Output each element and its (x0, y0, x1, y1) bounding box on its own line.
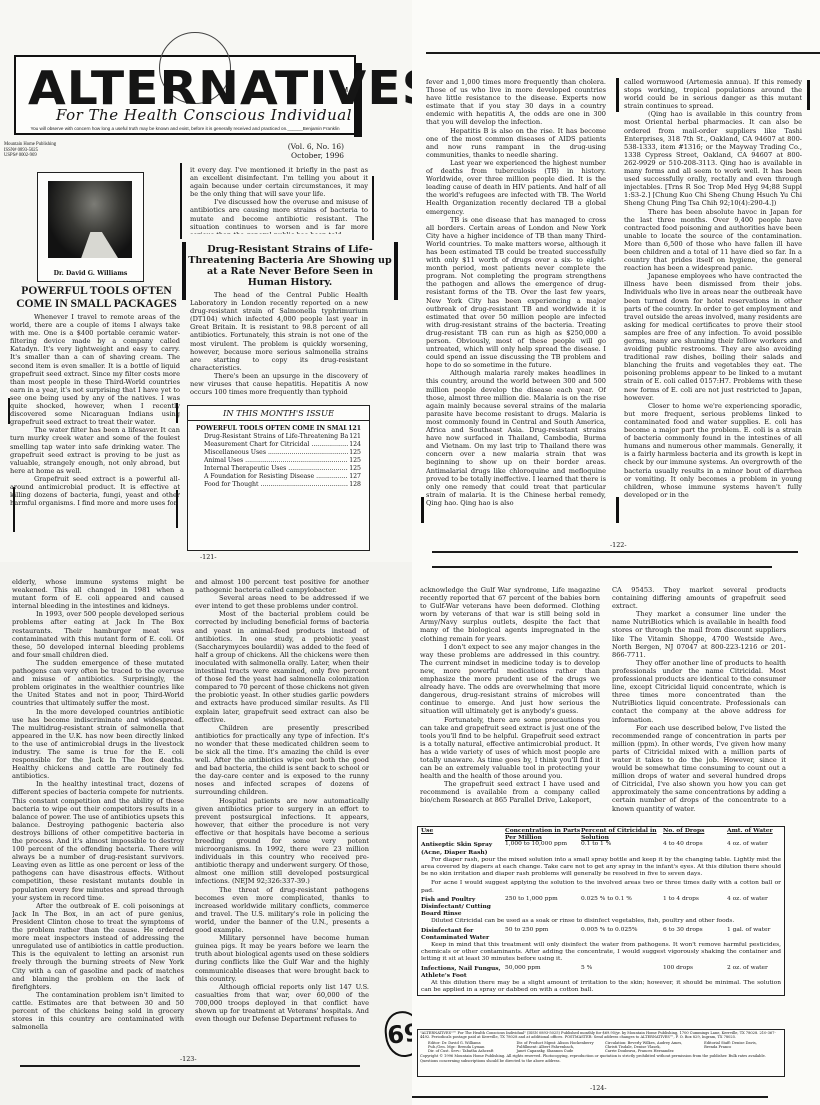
colophon-text: "ALTERNATIVES"™ For The Health Conscious… (420, 1031, 782, 1040)
paragraph: I don't expect to see any major changes … (420, 643, 600, 716)
masthead-shadow-bottom (22, 133, 358, 135)
top-rule (426, 52, 820, 54)
toc-title: IN THIS MONTH'S ISSUE (188, 406, 369, 421)
margin-bar (421, 497, 424, 523)
paragraph: The water filter has been a lifesaver. I… (10, 426, 180, 475)
table-note: At this dilution there may be a slight a… (418, 979, 784, 995)
usps: USPS# 0002-969 (4, 153, 56, 159)
page-122: fever and 1,000 times more frequently th… (412, 0, 820, 562)
margin-bar (176, 403, 178, 423)
paragraph: There's been an upsurge in the discovery… (190, 372, 368, 396)
column-121-left: Whenever I travel to remote areas of the… (10, 313, 180, 553)
column-124-right: CA 95453. They market several products c… (612, 586, 786, 826)
toc-item[interactable]: Food for Thought128 (196, 481, 361, 489)
paragraph: Fortunately, there are some precautions … (420, 716, 600, 781)
margin-bar (13, 487, 15, 532)
column-header: Use (421, 827, 505, 841)
paragraph: CA 95453. They market several products c… (612, 586, 786, 610)
paragraph: The grapefruit seed extract I have used … (420, 780, 600, 804)
newsletter-tagline: For The Health Conscious Individual (56, 106, 352, 124)
paragraph: In 1993, over 500 people developed serio… (12, 610, 184, 659)
paragraph: Whenever I travel to remote areas of the… (10, 313, 180, 426)
paragraph: Closer to home we're experiencing sporad… (624, 402, 802, 499)
photo-caption: Dr. David G. Williams (38, 270, 143, 277)
paragraph: fever and 1,000 times more frequently th… (426, 78, 606, 127)
staff-group: Editor: Dr. David G. Williams Pub./Gen. … (428, 1041, 517, 1054)
column-header: Concentration in Parts Per Million (505, 827, 581, 841)
table-row: Infections, Nail Fungus, Athlete's Foot … (418, 965, 784, 979)
paragraph: Children are presently prescribed antibi… (195, 724, 369, 797)
staff-group: Dir. of Product Mgmt: Alison Hockenberry… (517, 1041, 606, 1054)
margin-bar (616, 497, 619, 523)
paragraph: Last year we experienced the highest num… (426, 159, 606, 216)
column-123-right: and almost 100 percent test positive for… (195, 578, 369, 1055)
staff-list: Editor: Dr. David G. Williams Pub./Gen. … (428, 1041, 782, 1054)
table-row: Fish and Poultry Disinfectant/ Cutting B… (418, 896, 784, 918)
toc-item[interactable]: Measurement Chart for Citricidal124 (196, 441, 361, 449)
toc-list: POWERFUL TOOLS OFTEN COME IN SMALL PACKA… (188, 421, 369, 493)
paragraph: The sudden emergence of these mutated pa… (12, 659, 184, 708)
column-122-right: called wormwood (Artemesia annua). If th… (624, 78, 802, 508)
page-121: ALTERNATIVES TM For The Health Conscious… (0, 0, 412, 562)
colophon: "ALTERNATIVES"™ For The Health Conscious… (417, 1029, 785, 1077)
paragraph: (Qing hao is available in this country f… (624, 110, 802, 207)
paragraph: The head of the Central Public Health La… (190, 291, 368, 372)
paragraph: Hospital patients are now automatically … (195, 797, 369, 886)
page-123: elderly, whose immune systems might be w… (0, 562, 412, 1105)
column-header: Percent of Citricidal in Solution (581, 827, 663, 841)
issue-info: (Vol. 6, No. 16) October, 1996 (288, 143, 344, 161)
trademark: TM (338, 87, 348, 94)
paragraph: Although official reports only list 147 … (195, 983, 369, 1023)
table-of-contents: IN THIS MONTH'S ISSUE POWERFUL TOOLS OFT… (187, 405, 370, 551)
margin-bar (807, 80, 810, 110)
column-header: Amt. of Water (727, 827, 789, 841)
table-row: Antiseptic Skin Spray (Acne, Diaper Rash… (418, 841, 784, 855)
author-photo (48, 181, 132, 258)
top-rule (432, 566, 772, 568)
copyright: Copyright © 1996 Mountain Home Publishin… (420, 1054, 782, 1063)
paragraph: acknowledge the Gulf War syndrome, Life … (420, 586, 600, 643)
citricidal-measurement-table: Use Concentration in Parts Per Million P… (417, 826, 785, 996)
toc-item[interactable]: Drug-Resistant Strains of Life-Threateni… (196, 433, 361, 441)
paragraph: it every day. I've mentioned it briefly … (190, 166, 368, 198)
page-number: -122- (610, 541, 627, 549)
paragraph: Grapefruit seed extract is a powerful al… (10, 475, 180, 507)
paragraph: Several areas need to be addressed if we… (195, 594, 369, 610)
paragraph: Hepatitis B is also on the rise. It has … (426, 127, 606, 159)
paragraph: In the healthy intestinal tract, dozens … (12, 780, 184, 901)
paragraph: Japanese employees who have contracted t… (624, 272, 802, 402)
paragraph: For each use described below, I've liste… (612, 724, 786, 813)
column-124-left: acknowledge the Gulf War syndrome, Life … (420, 586, 600, 826)
page-124: acknowledge the Gulf War syndrome, Life … (412, 562, 820, 1105)
table-row: Disinfectant for Contaminated Water 50 t… (418, 927, 784, 941)
column-123-left: elderly, whose immune systems might be w… (12, 578, 184, 1055)
paragraph: The contamination problem isn't limited … (12, 991, 184, 1031)
page-number: -124- (590, 1084, 607, 1092)
page-number: -123- (180, 1055, 197, 1063)
toc-item[interactable]: A Foundation for Resisting Disease127 (196, 473, 361, 481)
bottom-rule (20, 1065, 360, 1067)
franklin-quote: You will observe with concern how long a… (16, 126, 354, 131)
bottom-rule (412, 1096, 768, 1098)
publisher: Mountain Home Publishing (4, 142, 56, 148)
paragraph: There has been absolute havoc in Japan f… (624, 208, 802, 273)
margin-bar (616, 78, 619, 112)
paragraph: Most of the bacterial problem could be c… (195, 610, 369, 723)
margin-bar (176, 490, 178, 528)
paragraph: elderly, whose immune systems might be w… (12, 578, 184, 610)
publisher-info: Mountain Home Publishing ISSN# 0893-5025… (4, 142, 56, 159)
column-header: No. of Drops (663, 827, 727, 841)
paragraph: and almost 100 percent test positive for… (195, 578, 369, 594)
staff-group: Circulation: Beverly Wilkes, Audrey Ames… (605, 1041, 704, 1054)
staff-group: Editorial Staff: Denise Davis, Brenda Fr… (704, 1041, 782, 1054)
margin-bar (8, 398, 10, 424)
paragraph: Although malaria rarely makes headlines … (426, 369, 606, 507)
page-number: -121- (200, 553, 217, 561)
bottom-rule (432, 551, 798, 553)
column-122-left: fever and 1,000 times more frequently th… (426, 78, 606, 508)
paragraph: The threat of drug-resistant pathogens b… (195, 886, 369, 935)
toc-item[interactable]: Internal Therapeutic Uses125 (196, 465, 361, 473)
author-photo-box: Dr. David G. Williams (37, 172, 144, 282)
issue-date: October, 1996 (288, 152, 344, 161)
toc-item[interactable]: POWERFUL TOOLS OFTEN COME IN SMALL PACKA… (196, 425, 361, 433)
paragraph: I've discussed how the overuse and misus… (190, 198, 368, 234)
paragraph: They offer another line of products to h… (612, 659, 786, 724)
column-121-right-top: it every day. I've mentioned it briefly … (190, 166, 368, 234)
paragraph: TB is one disease that has managed to cr… (426, 216, 606, 370)
toc-item[interactable]: Miscellaneous Uses125 (196, 449, 361, 457)
paragraph: In the more developed countries antibiot… (12, 708, 184, 781)
paragraph: Military personnel have become human gui… (195, 934, 369, 983)
article-headline: POWERFUL TOOLS OFTEN COME IN SMALL PACKA… (14, 285, 179, 310)
masthead: ALTERNATIVES TM For The Health Conscious… (14, 55, 356, 135)
subheadline: Drug-Resistant Strains of Life-Threateni… (186, 242, 394, 288)
table-note: Diluted Citricidal can be used as a soak… (418, 917, 784, 926)
margin-bar (180, 163, 182, 239)
column-121-right-bottom: The head of the Central Public Health La… (190, 291, 368, 401)
table-note: For acne I would suggest applying the so… (418, 879, 784, 895)
newsletter-title: ALTERNATIVES (28, 65, 412, 111)
toc-item[interactable]: Animal Uses125 (196, 457, 361, 465)
paragraph: called wormwood (Artemesia annua). If th… (624, 78, 802, 110)
paragraph: After the outbreak of E. coli poisonings… (12, 902, 184, 991)
table-header: Use Concentration in Parts Per Million P… (418, 827, 784, 841)
margin-bar (372, 176, 374, 240)
table-note: For diaper rash, pour the mixed solution… (418, 856, 784, 880)
paragraph: They market a consumer line under the na… (612, 610, 786, 659)
table-note: Keep in mind that this treatment will on… (418, 941, 784, 965)
